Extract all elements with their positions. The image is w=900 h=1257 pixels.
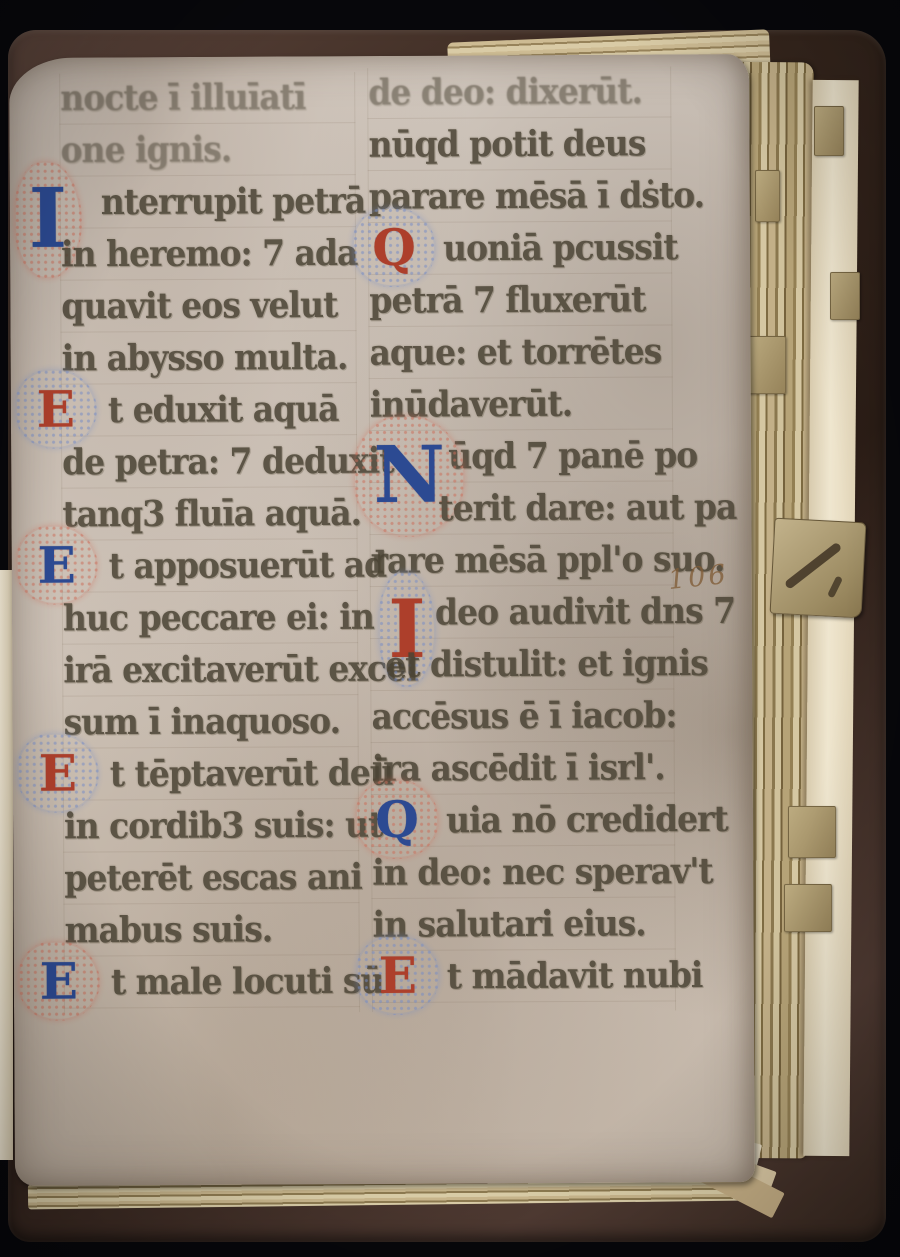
manuscript-line: accēsus ē ī iacob: [371, 690, 673, 748]
facing-page-sliver [0, 570, 13, 1160]
manuscript-line: nterrupit petrā [61, 176, 395, 234]
manuscript-line: in abysso multa. [61, 332, 355, 390]
initial-letter: E [38, 542, 76, 587]
manuscript-line: peterēt escas ani [64, 852, 358, 910]
bookmark-tab [814, 106, 844, 156]
manuscript-line: nocte ī illuīatī [60, 72, 354, 130]
manuscript-line: t apposuerūt ad [63, 540, 403, 598]
initial-letter: Q [372, 224, 416, 269]
manuscript-line: petrā 7 fluxerūt [369, 274, 671, 332]
text-column-left: nocte ī illuīatīone ignis.nterrupit petr… [59, 72, 360, 1014]
decorated-initial-Q: Q [361, 216, 427, 278]
decorated-initial-E: E [25, 534, 89, 596]
manuscript-line: in cordib3 suis: ut [64, 800, 358, 858]
initial-letter: Q [375, 796, 419, 841]
decorated-initial-Q: Q [364, 788, 430, 850]
initial-letter: E [40, 958, 78, 1003]
manuscript-line: terit dare: aut pa [370, 482, 740, 540]
manuscript-line: et distulit: et ignis [371, 638, 687, 696]
manuscript-line: de petra: 7 deduxit [62, 436, 356, 494]
manuscript-line: de deo: dixerūt. [368, 66, 670, 124]
manuscript-line: huc peccare ei: in [63, 592, 357, 650]
decorated-initial-E: E [24, 378, 88, 440]
manuscript-line: in heremo: 7 ada [61, 228, 355, 286]
bookmark-tab [755, 170, 780, 222]
initial-letter: E [379, 952, 417, 997]
tab-pen-mark-icon [775, 525, 861, 611]
manuscript-line: sum ī inaquoso. [63, 696, 357, 754]
text-column-right: de deo: dixerūt.nūqd potit deusparare mē… [367, 66, 676, 1012]
flyleaf-edge [803, 80, 858, 1156]
manuscript-line: t tēptaverūt deū [64, 748, 404, 806]
bookmark-tab [830, 272, 860, 320]
bookmark-tab [788, 806, 836, 858]
manuscript-line: quavit eos velut [61, 280, 355, 338]
manuscript-line: t male locuti sū [65, 956, 405, 1014]
manuscript-line: t eduxit aquā [62, 384, 402, 442]
manuscript-line: nūqd potit deus [368, 118, 670, 176]
manuscript-line: in deo: nec sperav't [372, 846, 674, 904]
decorated-initial-E: E [27, 950, 91, 1012]
bookmark-tab [784, 884, 832, 932]
initial-letter: E [37, 386, 75, 431]
folio-number: 106 [667, 559, 730, 596]
initial-letter: E [39, 750, 77, 795]
manuscript-line: mabus suis. [64, 904, 358, 962]
decorated-initial-E: E [26, 742, 90, 804]
parchment-page: nocte ī illuīatīone ignis.nterrupit petr… [9, 54, 755, 1186]
manuscript-line: tanq3 fluīa aquā. [62, 488, 356, 546]
decorated-initial-E: E [365, 944, 431, 1006]
manuscript-line: aque: et torrētes [369, 326, 671, 384]
manuscript-photo: nocte ī illuīatīone ignis.nterrupit petr… [0, 0, 900, 1257]
manuscript-line: one ignis. [60, 124, 354, 182]
manuscript-line: irā excitaverūt excel [63, 644, 357, 702]
bookmark-tab-marked [770, 518, 867, 619]
